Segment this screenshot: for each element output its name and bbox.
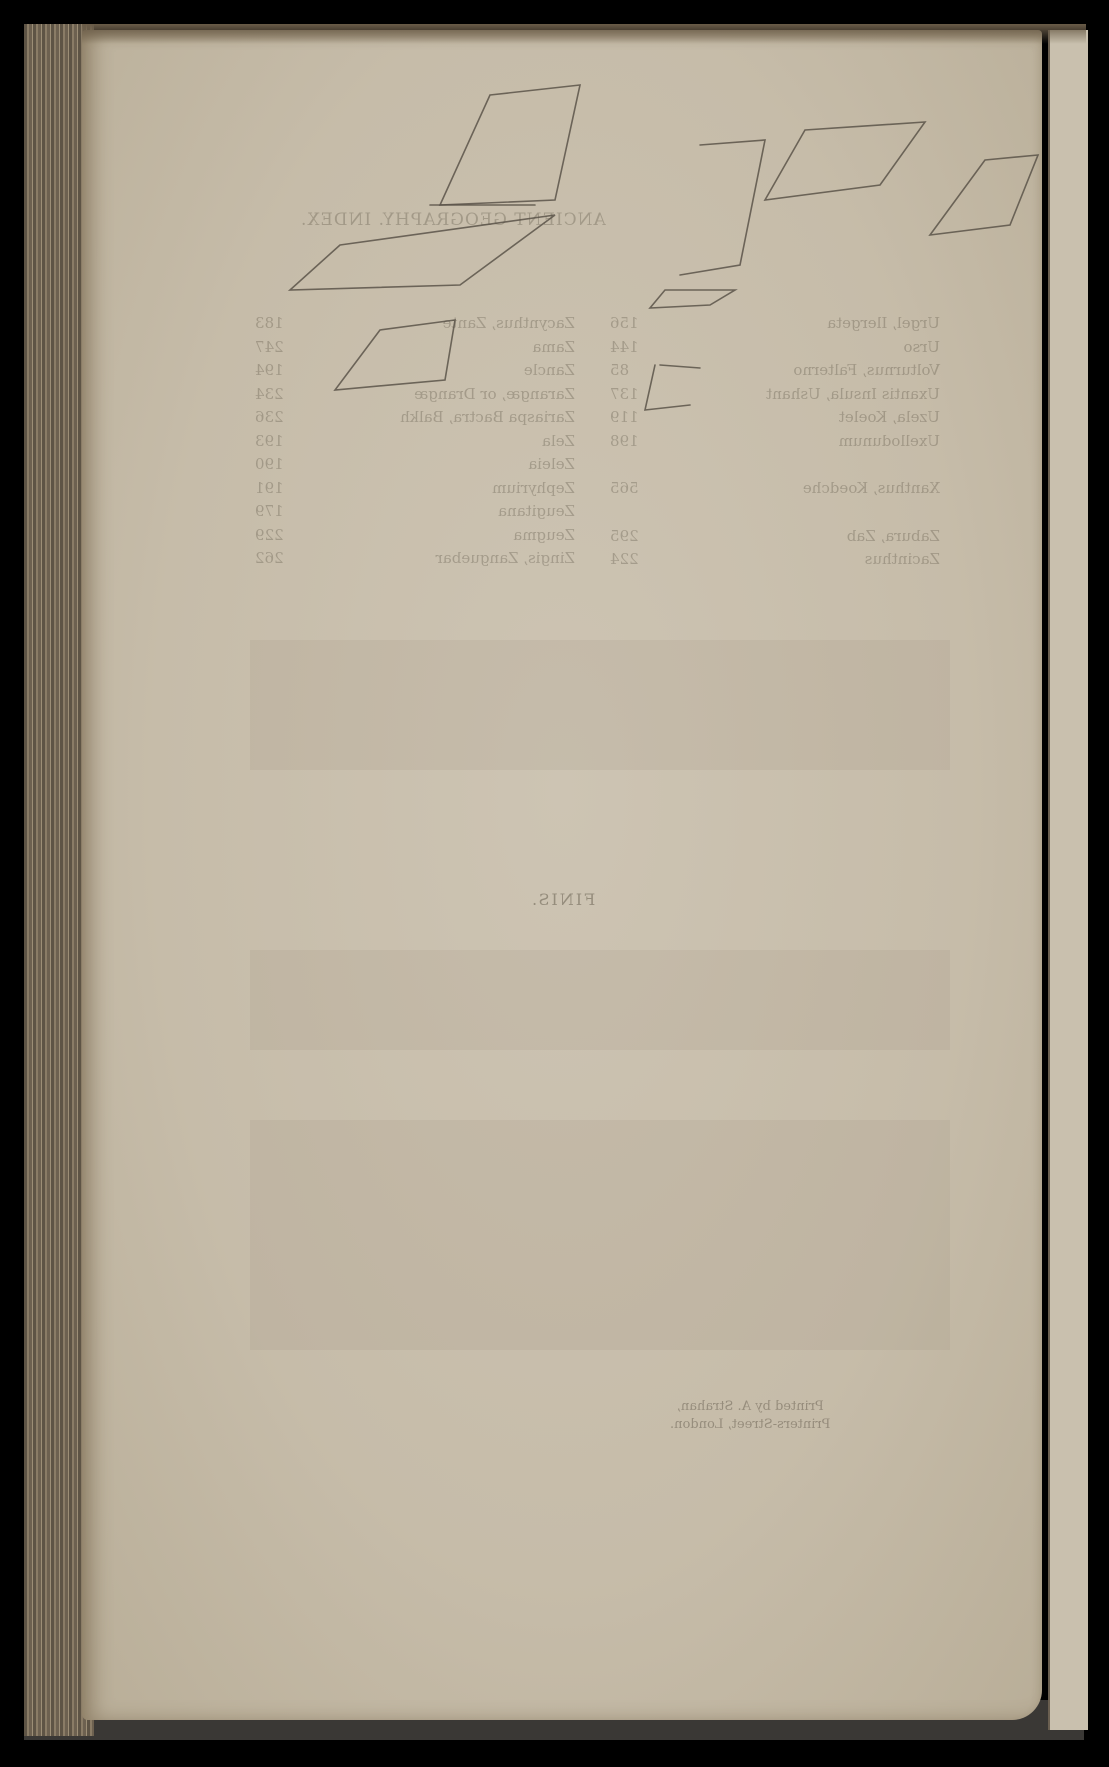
sketch-parallelogram <box>765 122 925 200</box>
sketch-parallelogram <box>930 155 1038 235</box>
sketch-parallelogram <box>440 85 580 205</box>
sketch-parallelogram <box>650 290 735 308</box>
sketch-parallelogram <box>335 320 455 390</box>
sketch-parallelogram <box>680 140 765 275</box>
scanned-book-photo: ANCIENT GEOGRAPHY. INDEX. Zacynthus, Zan… <box>0 0 1109 1767</box>
sketch-parallelogram <box>290 215 555 290</box>
pencil-sketches <box>0 0 1109 1767</box>
sketch-bracket <box>645 365 700 410</box>
